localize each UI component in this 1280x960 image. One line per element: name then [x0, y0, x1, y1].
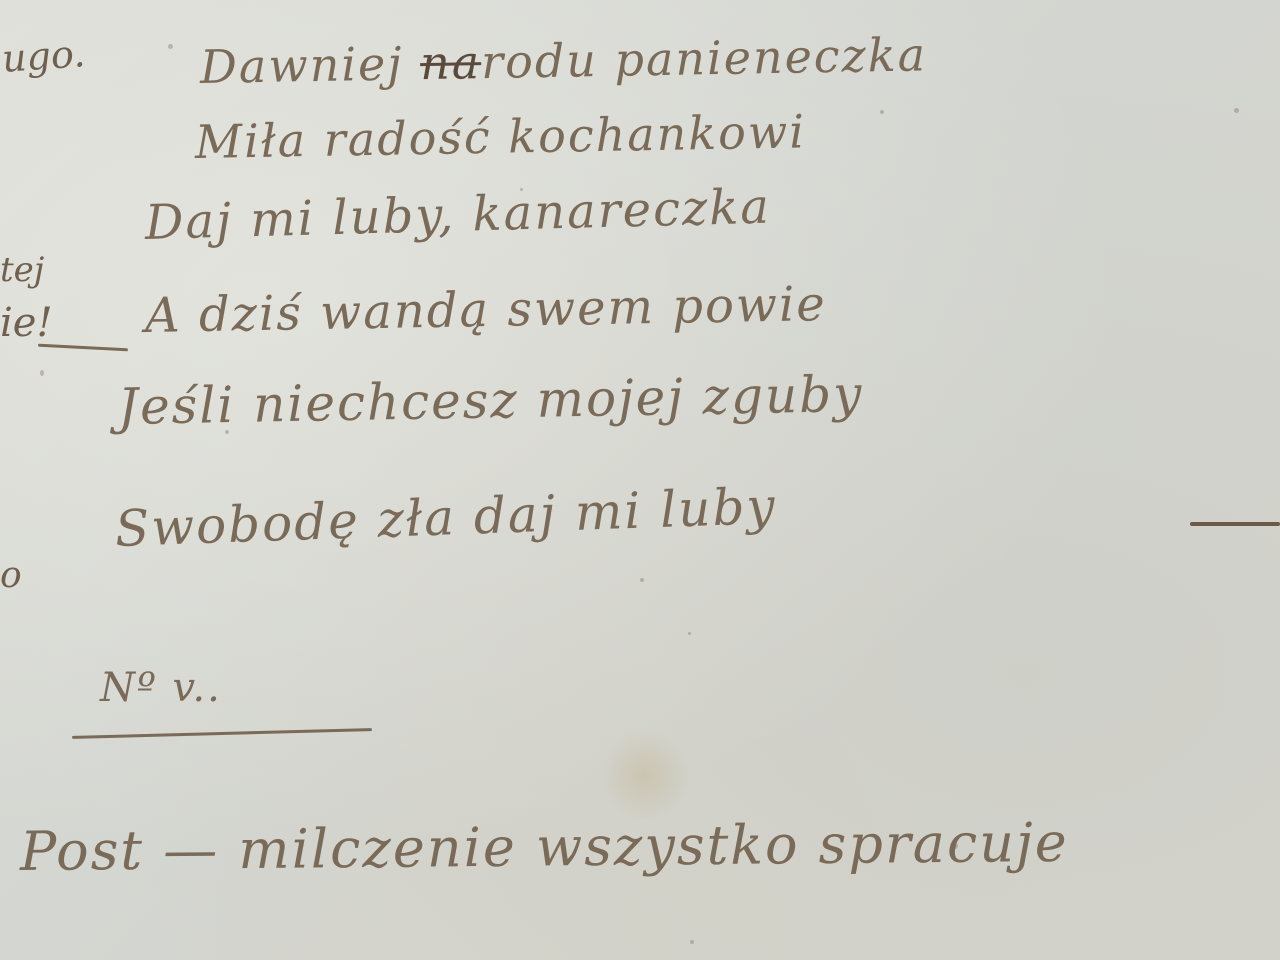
- verse-line: Miła radość kochankowi: [195, 104, 807, 169]
- line-end-dash: [1190, 522, 1280, 526]
- paper-speck: [1234, 108, 1239, 113]
- margin-note: ie!: [0, 300, 53, 346]
- section-marker: Nº v..: [100, 665, 222, 711]
- paper-speck: [688, 632, 691, 635]
- margin-note: o: [0, 555, 22, 596]
- verse-text: Dawniej: [200, 36, 421, 94]
- verse-text: rodu panieneczka: [481, 27, 928, 89]
- paper-speck: [880, 110, 884, 114]
- margin-note: ugo.: [1, 31, 87, 81]
- next-section-line: Post — milczenie wszystko spracuje: [20, 811, 1069, 883]
- paper-speck: [690, 940, 694, 944]
- paper-speck: [40, 370, 44, 376]
- margin-note: tej: [0, 250, 44, 290]
- paper-speck: [640, 578, 644, 582]
- paper-speck: [168, 44, 173, 49]
- paper-stain: [600, 730, 690, 820]
- struck-word: na: [420, 35, 482, 90]
- verse-line: A dziś wandą swem powie: [145, 276, 828, 344]
